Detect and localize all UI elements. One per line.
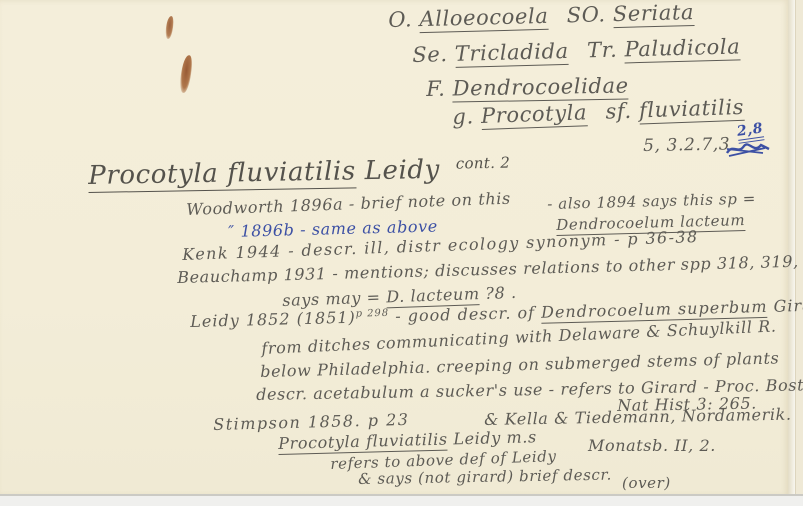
title-author: Leidy bbox=[356, 155, 441, 186]
card-behind-edge bbox=[795, 0, 803, 496]
says-may-suffix: ?8 . bbox=[479, 283, 517, 303]
genus-prefix: g. bbox=[452, 104, 481, 129]
leidy-author: Girard bbox=[767, 295, 803, 316]
tribe-prefix: Tr. bbox=[568, 37, 624, 62]
species-prefix: sf. bbox=[587, 98, 640, 124]
genus-name: Procotyla bbox=[481, 100, 588, 130]
entry-monatsb-citation: Monatsb. II, 2. bbox=[588, 436, 716, 455]
scanned-index-card-page: O. Alloeocoela SO. Seriata Se. Tricladid… bbox=[0, 0, 803, 506]
section-name: Tricladida bbox=[455, 39, 570, 68]
catalog-number-pencil: 5, 3.2.7,3 bbox=[643, 134, 730, 156]
title-continuation: cont. 2 bbox=[456, 154, 511, 173]
leidy-page-superscript: p 298 bbox=[356, 307, 390, 319]
scan-bottom-edge bbox=[0, 494, 803, 506]
suborder-prefix: SO. bbox=[548, 2, 613, 28]
section-prefix: Se. bbox=[412, 42, 455, 67]
leidy-descr: - good descr. of bbox=[389, 303, 541, 326]
order-name: Alloeocoela bbox=[419, 4, 549, 33]
order-prefix: O. bbox=[388, 7, 420, 32]
catalog-number-blue: 2,8 bbox=[736, 120, 764, 139]
blue-scratch-out-mark bbox=[725, 139, 771, 159]
title-species: Procotyla fluviatilis bbox=[88, 156, 356, 193]
suborder-name: Seriata bbox=[613, 0, 695, 28]
family-prefix: F. bbox=[426, 77, 453, 101]
procotyla-ms-author: Leidy m.s bbox=[447, 427, 537, 448]
tribe-name: Paludicola bbox=[624, 34, 740, 63]
taxonomy-line-family: F. Dendrocoelidae bbox=[426, 73, 629, 101]
species-name: fluviatilis bbox=[639, 95, 745, 125]
family-name: Dendrocoelidae bbox=[452, 73, 628, 102]
entry-over-note: (over) bbox=[622, 474, 671, 492]
